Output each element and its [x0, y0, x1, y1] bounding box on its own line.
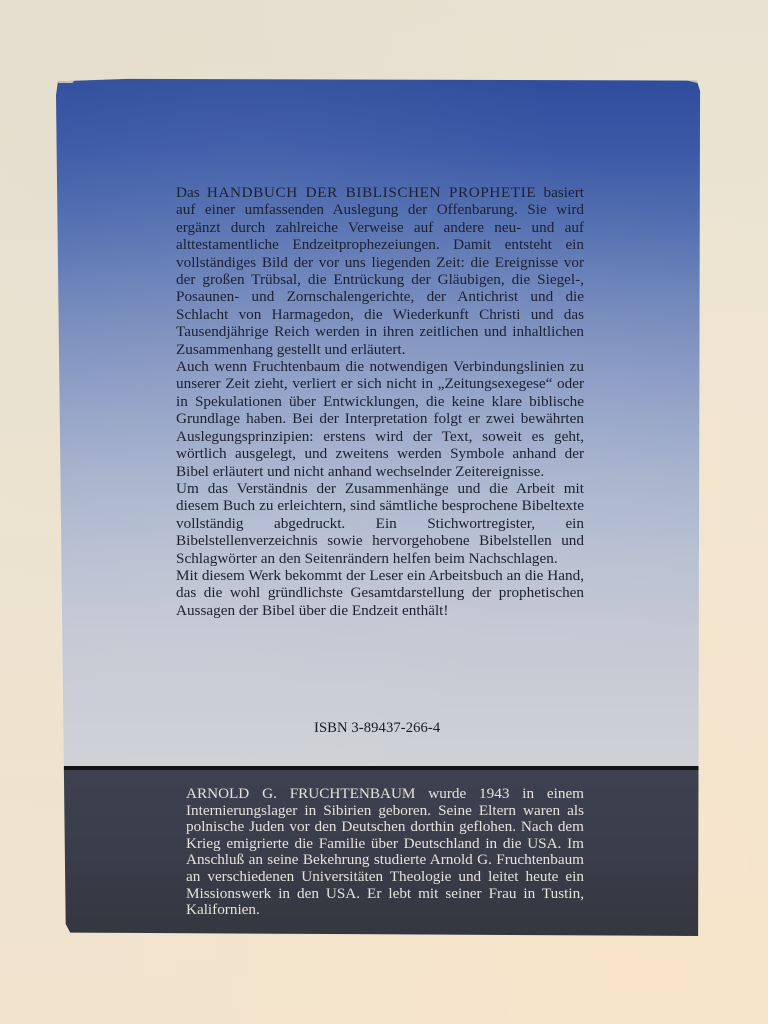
back-cover-blurb: Das HANDBUCH DER BIBLISCHEN PROPHETIE ba…: [176, 184, 584, 619]
blurb-paragraph-4: Mit diesem Werk bekommt der Leser ein Ar…: [176, 567, 584, 619]
author-name: ARNOLD G. FRUCHTENBAUM: [186, 785, 415, 802]
isbn-number: ISBN 3-89437-266-4: [314, 720, 440, 737]
blurb-paragraph-1: Das HANDBUCH DER BIBLISCHEN PROPHETIE ba…: [176, 184, 584, 358]
book-back-cover: Das HANDBUCH DER BIBLISCHEN PROPHETIE ba…: [56, 78, 702, 936]
author-bio-paragraph: ARNOLD G. FRUCHTENBAUM wurde 1943 in ein…: [186, 786, 584, 919]
blurb-paragraph-3: Um das Verständnis der Zusammenhänge und…: [176, 480, 584, 567]
blurb-paragraph-1-text: basiert auf einer umfassenden Auslegung …: [176, 184, 584, 358]
book-title-caps: HANDBUCH DER BIBLISCHEN PROPHETIE: [207, 184, 536, 201]
author-bio-text: wurde 1943 in einem Internierungslager i…: [186, 785, 584, 918]
blurb-paragraph-2: Auch wenn Fruchtenbaum die notwendigen V…: [176, 358, 584, 480]
blurb-intro-word: Das: [176, 184, 200, 201]
author-bio: ARNOLD G. FRUCHTENBAUM wurde 1943 in ein…: [186, 786, 584, 919]
